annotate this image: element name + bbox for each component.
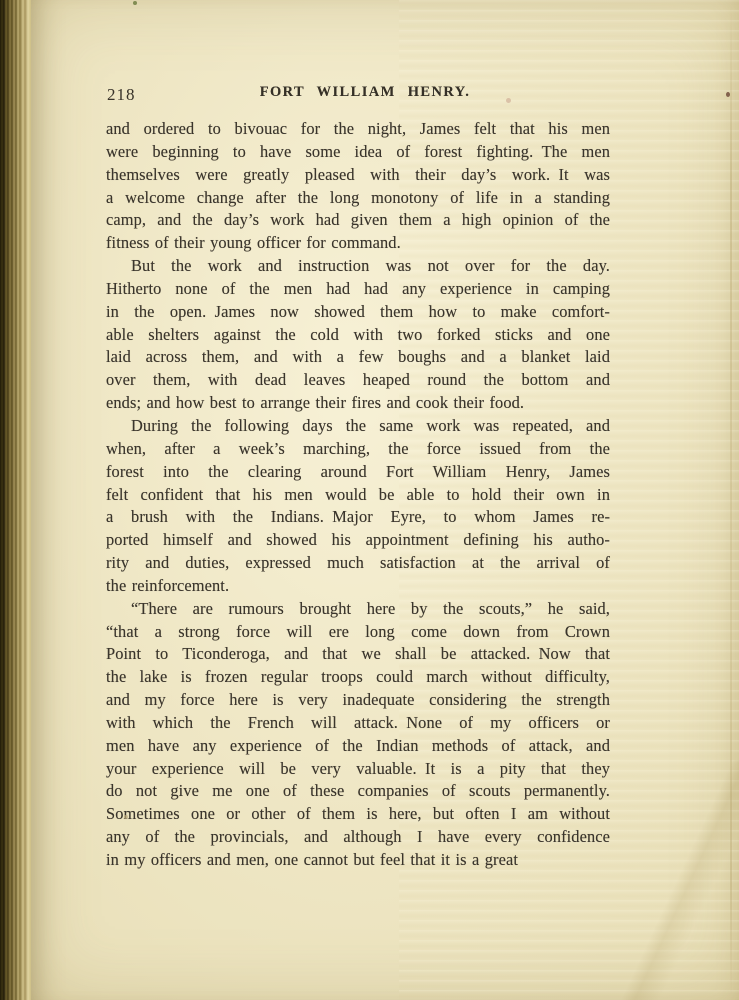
text-line: But the work and instruction was not ove… [106, 255, 610, 278]
text-line: do not give me one of these companies of… [106, 780, 610, 803]
text-line: rity and duties, expressed much satisfac… [106, 552, 610, 575]
text-line: able shelters against the cold with two … [106, 324, 610, 347]
running-title: FORT WILLIAM HENRY. [106, 84, 610, 101]
text-line: and my force here is very inadequate con… [106, 689, 610, 712]
text-line: Hitherto none of the men had had any exp… [106, 278, 610, 301]
text-line: Sometimes one or other of them is here, … [106, 803, 610, 826]
text-line: and ordered to bivouac for the night, Ja… [106, 118, 610, 141]
text-line: themselves were greatly pleased with the… [106, 164, 610, 187]
text-line: fitness of their young officer for comma… [106, 232, 610, 255]
text-line: felt confident that his men would be abl… [106, 484, 610, 507]
page-header: 218 FORT WILLIAM HENRY. [106, 84, 610, 106]
text-line: ends; and how best to arrange their fire… [106, 392, 610, 415]
text-line: the lake is frozen regular troops could … [106, 666, 610, 689]
text-line: laid across them, and with a few boughs … [106, 346, 610, 369]
text-line: a welcome change after the long monotony… [106, 187, 610, 210]
text-line: were beginning to have some idea of fore… [106, 141, 610, 164]
text-line: “There are rumours brought here by the s… [106, 598, 610, 621]
text-line: forest into the clearing around Fort Wil… [106, 461, 610, 484]
text-line: the reinforcement. [106, 575, 610, 598]
text-line: any of the provincials, and although I h… [106, 826, 610, 849]
page-text: and ordered to bivouac for the night, Ja… [106, 118, 610, 872]
text-line: ported himself and showed his appointmen… [106, 529, 610, 552]
text-line: with which the French will attack. None … [106, 712, 610, 735]
text-line: Point to Ticonderoga, and that we shall … [106, 643, 610, 666]
text-line: in my officers and men, one cannot but f… [106, 849, 610, 872]
printed-content: 218 FORT WILLIAM HENRY. and ordered to b… [106, 84, 610, 872]
text-line: During the following days the same work … [106, 415, 610, 438]
text-line: in the open. James now showed them how t… [106, 301, 610, 324]
book-binding [0, 0, 31, 1000]
text-line: camp, and the day’s work had given them … [106, 209, 610, 232]
text-line: over them, with dead leaves heaped round… [106, 369, 610, 392]
text-line: men have any experience of the Indian me… [106, 735, 610, 758]
text-line: “that a strong force will ere long come … [106, 621, 610, 644]
page-edge-line [730, 0, 732, 1000]
text-line: a brush with the Indians. Major Eyre, to… [106, 506, 610, 529]
text-line: when, after a week’s marching, the force… [106, 438, 610, 461]
book-page-photo: 218 FORT WILLIAM HENRY. and ordered to b… [0, 0, 739, 1000]
page-number: 218 [107, 85, 136, 105]
text-line: your experience will be very valuable. I… [106, 758, 610, 781]
